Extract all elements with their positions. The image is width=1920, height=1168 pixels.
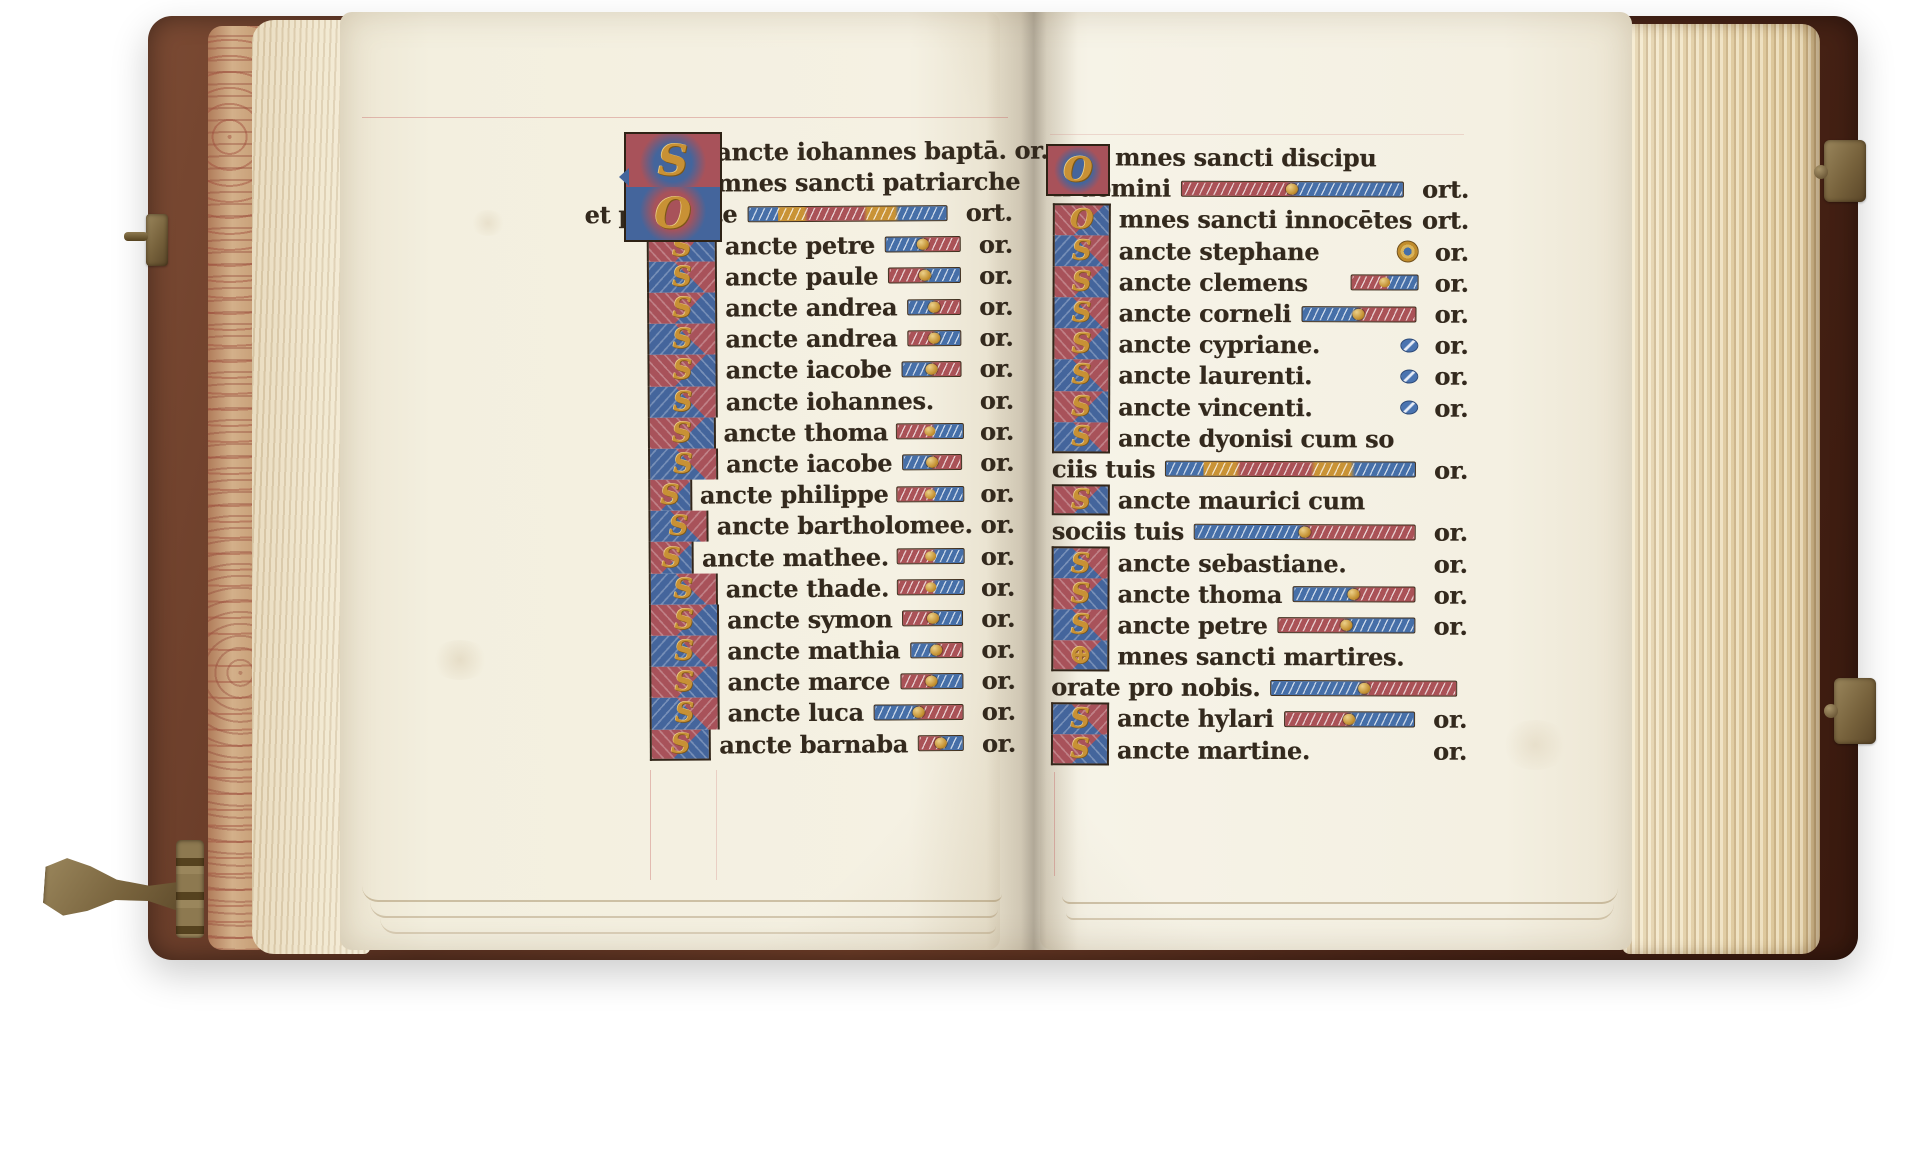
right-page-text: mnes sancti discipuli dominiort.Omnes sa… (1051, 141, 1469, 766)
illuminated-initial: S (649, 573, 718, 605)
litany-line: Sancte iohannes.or. (586, 384, 1014, 418)
litany-text: ancte andrea (725, 324, 897, 354)
litany-line: ⊕mnes sancti martires. (1051, 640, 1467, 673)
photograph-of-manuscript: S O O ancte iohannes baptā.or.mnes sanct… (0, 0, 1920, 1168)
litany-line: Sancte pauleor. (585, 259, 1013, 293)
illuminated-initial: S (649, 542, 694, 573)
line-filler (1181, 181, 1404, 198)
clasp-catch (1834, 678, 1876, 744)
litany-line: Sancte vincenti.or. (1052, 391, 1468, 424)
litany-text: ancte paule (725, 261, 878, 291)
litany-line: mnes sancti discipu (1053, 141, 1469, 174)
litany-line: Sancte barnabaor. (588, 727, 1016, 761)
litany-text: ancte petre (1117, 610, 1267, 640)
litany-text: ancte andrea (725, 292, 897, 322)
litany-line: Sancte stephaneor. (1053, 235, 1469, 268)
litany-text: ancte mathia (727, 635, 900, 665)
line-filler (902, 361, 962, 377)
ruling-line (650, 770, 651, 880)
response-abbreviation: or. (979, 261, 1013, 290)
litany-line: Sancte thade.or. (587, 571, 1015, 605)
response-abbreviation: or. (979, 292, 1013, 321)
litany-text: orate pro nobis. (1051, 673, 1260, 703)
illuminated-initial: S (648, 448, 718, 480)
ruling-line (1054, 772, 1055, 876)
litany-line: sociis tuisor. (1052, 516, 1468, 549)
litany-text: ancte iohannes. (726, 386, 934, 416)
litany-text: ancte petre (725, 230, 875, 260)
litany-line: Sancte laurenti.or. (1052, 360, 1468, 393)
litany-line: Sancte andreaor. (585, 322, 1013, 356)
litany-text: ciis tuis (1052, 454, 1155, 483)
response-abbreviation: or. (1434, 362, 1468, 391)
illuminated-initial: S (1052, 547, 1110, 578)
response-abbreviation: or. (1433, 612, 1467, 641)
line-filler (1301, 306, 1416, 322)
response-abbreviation: or. (980, 479, 1014, 508)
sheet-edge (1062, 888, 1618, 904)
litany-text: ancte corneli (1118, 299, 1291, 329)
illuminated-initial: S (647, 324, 717, 356)
response-abbreviation: or. (1434, 580, 1468, 609)
response-abbreviation: or. (979, 229, 1013, 258)
illuminated-initial: S (1052, 297, 1110, 328)
litany-text: mnes sancti martires. (1117, 642, 1404, 672)
response-abbreviation: or. (980, 416, 1014, 445)
response-abbreviation: or. (1433, 705, 1467, 734)
illuminated-initial: S (1051, 734, 1109, 765)
illuminated-initial: S (1052, 422, 1110, 453)
litany-text: ancte iacobe (726, 448, 892, 478)
sheet-edge (1066, 904, 1614, 920)
line-filler (897, 548, 965, 564)
litany-line: Sancte cypriane.or. (1052, 328, 1468, 361)
litany-text: ancte thoma (723, 417, 888, 447)
litany-line: Sancte bartholomee.or. (586, 509, 1014, 543)
line-filler (1270, 680, 1457, 697)
litany-line: Sancte andreaor. (585, 291, 1013, 325)
illuminated-initial: S (1051, 609, 1109, 640)
litany-line: Sancte lucaor. (588, 696, 1016, 730)
sheet-edge (362, 886, 1002, 902)
response-abbreviation: or. (1433, 736, 1467, 765)
illuminated-initial: S (650, 729, 712, 761)
litany-line: Sancte petreor. (1051, 609, 1467, 642)
litany-line: Sancte mathiaor. (587, 634, 1015, 668)
illuminated-initial: S (648, 417, 716, 449)
response-abbreviation: or. (981, 635, 1015, 664)
illuminated-initial: S (1053, 266, 1111, 297)
litany-text: mnes sancti discipu (1115, 143, 1376, 173)
litany-text: ancte hylari (1117, 704, 1274, 734)
illuminated-initial: ⊕ (1051, 640, 1109, 671)
illuminated-initial: S (648, 386, 718, 418)
litany-line: Sancte martine.or. (1051, 734, 1467, 767)
response-abbreviation: or. (1434, 549, 1468, 578)
line-filler (888, 267, 961, 283)
response-abbreviation: ort. (1422, 175, 1469, 204)
line-filler (907, 330, 961, 346)
response-abbreviation: or. (1434, 518, 1468, 547)
line-filler (902, 454, 962, 470)
line-filler (896, 486, 964, 502)
illuminated-initial: S (1052, 484, 1110, 515)
illuminated-initial: S (1053, 235, 1111, 266)
response-abbreviation: or. (1434, 393, 1468, 422)
response-abbreviation: or. (982, 697, 1016, 726)
response-abbreviation: or. (981, 572, 1015, 601)
response-abbreviation: or. (981, 666, 1015, 695)
litany-text: mnes sancti innocētes (1119, 205, 1412, 235)
illuminated-initial: S (1051, 703, 1109, 734)
illuminated-initial: S (650, 698, 720, 730)
litany-line: orate pro nobis. (1051, 671, 1467, 704)
response-abbreviation: ort. (1422, 206, 1469, 235)
line-filler (918, 735, 964, 751)
litany-text: ancte thade. (726, 573, 889, 603)
illuminated-initial: S (649, 604, 719, 636)
illuminated-initial: S (648, 511, 708, 543)
response-abbreviation: or. (1435, 237, 1469, 266)
litany-text: ancte laurenti. (1118, 361, 1312, 391)
sheet-edge (380, 918, 996, 934)
blue-dot-ornament (1400, 369, 1418, 383)
line-filler (1165, 461, 1416, 478)
response-abbreviation: or. (981, 541, 1015, 570)
sheet-edge (370, 902, 998, 918)
litany-text: ancte symon (727, 604, 893, 634)
response-abbreviation: ort. (966, 198, 1013, 227)
litany-text: ancte barnaba (719, 729, 908, 759)
litany-line: Sancte hylarior. (1051, 703, 1467, 736)
illuminated-initial-block: S O (624, 132, 722, 242)
illuminated-initial: S (647, 292, 717, 324)
initial-letter-O: O (626, 187, 720, 240)
gold-ring-ornament (1397, 241, 1419, 263)
line-filler (910, 642, 963, 658)
ruling-line (362, 117, 1008, 118)
litany-text: ancte marce (727, 667, 890, 697)
litany-text: ancte bartholomee. (717, 510, 973, 541)
litany-text: ancte mathee. (702, 542, 889, 572)
response-abbreviation: or. (980, 510, 1014, 539)
litany-line: Sancte maurici cum (1052, 484, 1468, 517)
ruling-line (716, 770, 717, 880)
litany-line: ciis tuisor. (1052, 453, 1468, 486)
litany-text: ancte vincenti. (1118, 392, 1312, 422)
litany-text: ancte cypriane. (1118, 330, 1320, 360)
initial-letter-S: S (626, 134, 720, 187)
response-abbreviation: or. (1435, 268, 1469, 297)
litany-line: Omnes sancti innocētesort. (1053, 204, 1469, 237)
clasp-hinge (176, 840, 204, 938)
litany-line: li dominiort. (1053, 172, 1469, 205)
line-filler (1351, 275, 1419, 291)
line-filler (902, 610, 963, 626)
response-abbreviation: or. (980, 354, 1014, 383)
illuminated-initial: S (649, 667, 719, 699)
line-filler (1284, 711, 1416, 727)
litany-line: Sancte thomaor. (586, 415, 1014, 449)
litany-line: Sancte thomaor. (1051, 578, 1467, 611)
clasp-fitting (146, 214, 168, 266)
illuminated-initial: S (648, 480, 692, 511)
line-filler (896, 423, 964, 439)
blue-dot-ornament (1400, 338, 1418, 352)
litany-text: ancte iohannes baptā. (716, 136, 1006, 167)
illuminated-initial: S (1052, 391, 1110, 422)
litany-text: sociis tuis (1052, 517, 1184, 546)
line-filler (1194, 524, 1416, 541)
response-abbreviation: or. (979, 323, 1013, 352)
illuminated-initial: S (647, 261, 717, 293)
line-filler (874, 704, 964, 721)
illuminated-initial: S (1051, 578, 1109, 609)
litany-line: Sancte clemensor. (1053, 266, 1469, 299)
line-filler (907, 299, 961, 315)
litany-text: ancte philippe (700, 480, 889, 510)
blue-dot-ornament (1400, 401, 1418, 415)
litany-text: ancte sebastiane. (1118, 548, 1347, 578)
line-filler (897, 579, 965, 595)
line-filler (900, 673, 964, 689)
litany-line: Sancte sebastiane.or. (1052, 547, 1468, 580)
illuminated-initial: S (647, 355, 717, 387)
illuminated-initial-block: O (1046, 144, 1110, 196)
line-filler (885, 236, 961, 252)
litany-line: Sancte cornelior. (1052, 297, 1468, 330)
litany-text: ancte clemens (1119, 267, 1308, 297)
response-abbreviation: or. (1434, 456, 1468, 485)
litany-text: ancte luca (728, 698, 864, 728)
litany-line: Sancte iacobeor. (586, 447, 1014, 481)
response-abbreviation: or. (1434, 331, 1468, 360)
response-abbreviation: or. (1435, 300, 1469, 329)
litany-text: ancte maurici cum (1118, 486, 1365, 516)
litany-text: ancte iacobe (725, 355, 891, 385)
response-abbreviation: or. (982, 728, 1016, 757)
litany-text: ancte stephane (1119, 236, 1320, 266)
litany-text: mnes sancti patriarche (716, 167, 1020, 198)
litany-text: ancte dyonisi cum so (1118, 423, 1394, 453)
illuminated-initial: S (1052, 360, 1110, 391)
illuminated-initial: S (649, 635, 719, 667)
response-abbreviation: or. (1014, 136, 1048, 165)
line-filler (1277, 617, 1415, 633)
litany-line: Sancte dyonisi cum so (1052, 422, 1468, 455)
litany-line: Sancte philippeor. (586, 478, 1014, 512)
clasp-catch (1824, 140, 1866, 202)
line-filler (747, 205, 947, 222)
illuminated-initial: O (1053, 204, 1111, 235)
response-abbreviation: or. (980, 385, 1014, 414)
litany-text: ancte martine. (1117, 735, 1310, 765)
initial-letter-O: O (1048, 146, 1108, 194)
litany-text: ancte thoma (1117, 579, 1282, 609)
right-page-stack (1622, 24, 1820, 954)
response-abbreviation: or. (980, 448, 1014, 477)
illuminated-initial: S (1052, 328, 1110, 359)
litany-line: Sancte mathee.or. (587, 540, 1015, 574)
litany-line: Sancte iacobeor. (585, 353, 1013, 387)
ruling-line (1050, 134, 1464, 135)
line-filler (1292, 586, 1416, 602)
litany-line: Sancte marceor. (587, 665, 1015, 699)
response-abbreviation: or. (981, 604, 1015, 633)
litany-line: Sancte symonor. (587, 603, 1015, 637)
